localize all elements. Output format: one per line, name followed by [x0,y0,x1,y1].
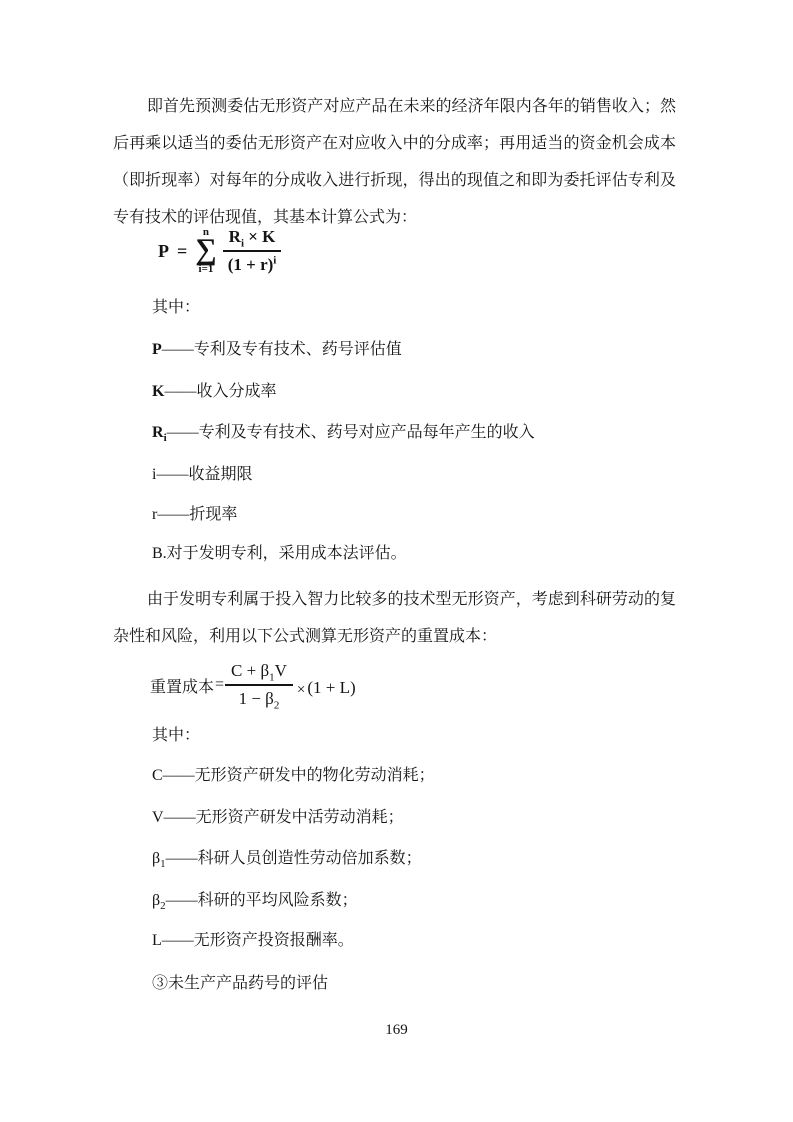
symbol: L [152,932,162,949]
definition-text: 收入分成率 [196,383,276,400]
definition-V: V——无形资产研发中活劳动消耗； [152,808,404,828]
where-label-1: 其中： [152,298,200,318]
one-minus-beta: 1 − β [239,689,274,708]
symbol: P [152,341,162,358]
symbol-text: V [152,809,164,826]
one-plus-r: (1 + r) [228,255,274,274]
em-dash: —— [156,466,188,483]
definition-text: 无形资产投资报酬率。 [194,932,354,949]
definition-C: C——无形资产研发中的物化劳动消耗； [152,766,435,786]
definition-beta2: β2——科研的平均风险系数； [152,891,358,911]
symbol-text: P [152,341,162,358]
C-plus-beta: C + β [231,661,269,680]
V-symbol: V [275,661,287,680]
definition-i: i——收益期限 [152,465,252,485]
em-dash: —— [166,892,198,909]
symbol-text: β [152,892,160,909]
symbol: K [152,383,164,400]
symbol-R: R [229,227,241,246]
symbol: β2 [152,892,166,909]
em-dash: —— [157,506,189,523]
equals-sign: = [215,676,224,694]
beta2-sub: 2 [274,699,280,711]
page-number: 169 [0,1022,793,1039]
fraction-denominator: (1 + r)i [223,252,282,275]
symbol: Ri [152,424,167,441]
one-plus-L: (1 + L) [307,678,355,698]
em-dash: —— [167,424,199,441]
em-dash: —— [162,341,194,358]
definition-text: 专利及专有技术、药号对应产品每年产生的收入 [199,424,535,441]
symbol: C [152,767,163,784]
definition-text: 科研人员创造性劳动倍加系数； [198,850,422,867]
definition-P: P——专利及专有技术、药号评估值 [152,340,402,360]
times-K: × K [244,227,275,246]
summation-symbol: n ∑ i=1 [195,227,216,275]
heading-unproduced-drug-number: ③未生产产品药号的评估 [152,974,328,994]
symbol-text: R [152,424,164,441]
definition-beta1: β1——科研人员创造性劳动倍加系数； [152,849,422,869]
definition-Ri: Ri——专利及专有技术、药号对应产品每年产生的收入 [152,423,535,443]
fraction: Ri × K (1 + r)i [223,227,282,275]
em-dash: —— [162,932,194,949]
symbol: β1 [152,850,166,867]
where-label-2: 其中： [152,726,200,746]
formula-lhs-replacement-cost: 重置成本 [150,674,214,697]
sigma-lower-limit: i=1 [199,264,214,275]
line-cost-method: B.对于发明专利，采用成本法评估。 [152,544,407,564]
definition-K: K——收入分成率 [152,382,276,402]
paragraph-income-method: 即首先预测委估无形资产对应产品在未来的经济年限内各年的销售收入；然后再乘以适当的… [113,88,676,236]
formula-lhs-P: P [158,241,169,262]
em-dash: —— [164,809,196,826]
formula-replacement-cost: 重置成本 = C + β1V 1 − β2 × (1 + L) [150,661,356,709]
symbol: V [152,809,164,826]
em-dash: —— [166,850,198,867]
definition-text: 无形资产研发中活劳动消耗； [196,809,404,826]
symbol-text: K [152,383,164,400]
paragraph-invention-patent: 由于发明专利属于投入智力比较多的技术型无形资产，考虑到科研劳动的复杂性和风险，利… [113,581,676,655]
fraction: C + β1V 1 − β2 [225,661,293,709]
definition-text: 专利及专有技术、药号评估值 [194,341,402,358]
symbol-text: L [152,932,162,949]
definition-text: 收益期限 [188,466,252,483]
fraction-denominator: 1 − β2 [225,686,293,709]
sigma-glyph: ∑ [195,236,216,265]
document-page: 即首先预测委估无形资产对应产品在未来的经济年限内各年的销售收入；然后再乘以适当的… [0,0,793,1122]
symbol-text: β [152,850,160,867]
definition-text: 科研的平均风险系数； [198,892,358,909]
equals-sign: = [177,241,187,262]
fraction-numerator: Ri × K [223,227,282,252]
definition-L: L——无形资产投资报酬率。 [152,931,354,951]
em-dash: —— [164,383,196,400]
definition-text: 折现率 [189,506,237,523]
em-dash: —— [163,767,195,784]
fraction-numerator: C + β1V [225,661,293,686]
definition-text: 无形资产研发中的物化劳动消耗； [195,767,435,784]
formula-present-value: P = n ∑ i=1 Ri × K (1 + r)i [158,227,281,275]
symbol-text: C [152,767,163,784]
exponent-i: i [273,254,276,266]
definition-r: r——折现率 [152,505,237,525]
multiplication-sign: × [297,682,305,699]
